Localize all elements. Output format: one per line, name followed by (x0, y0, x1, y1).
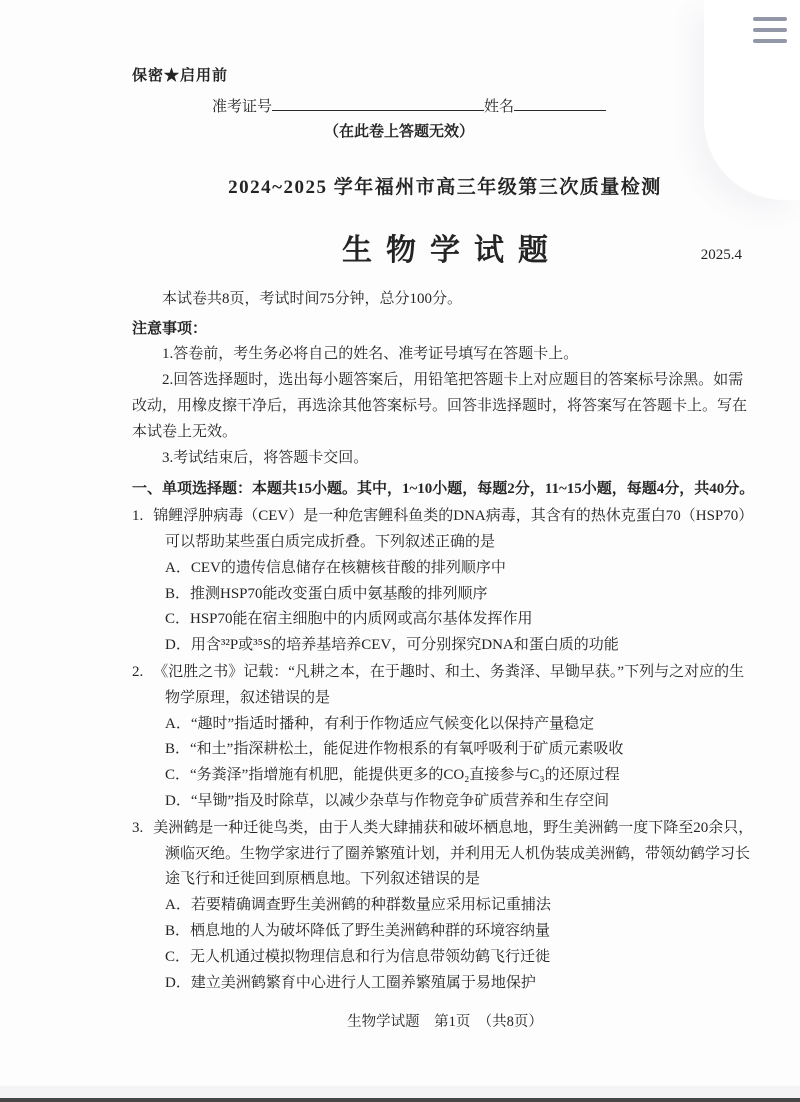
option-b: B．栖息地的人为破坏降低了野生美洲鹤种群的环境容纳量 (132, 919, 758, 945)
option-a: A．CEV的遗传信息储存在核糖核苷酸的排列顺序中 (132, 556, 758, 582)
security-label: 保密★启用前 (132, 64, 758, 90)
bottom-strip (0, 1086, 800, 1098)
paper-info: 本试卷共8页，考试时间75分钟，总分100分。 (132, 287, 758, 313)
question-1: 1.锦鲤浮肿病毒（CEV）是一种危害鲤科鱼类的DNA病毒，其含有的热休克蛋白70… (132, 504, 758, 659)
page-footer: 生物学试题 第1页 （共8页） (132, 1010, 758, 1035)
exam-no-blank (272, 94, 484, 111)
question-stem: 1.锦鲤浮肿病毒（CEV）是一种危害鲤科鱼类的DNA病毒，其含有的热休克蛋白70… (132, 504, 758, 556)
option-c: C．无人机通过模拟物理信息和行为信息带领幼鹤飞行迁徙 (132, 945, 758, 971)
question-number: 1. (132, 508, 143, 524)
notes-heading: 注意事项： (132, 317, 758, 343)
hamburger-bar (753, 17, 787, 21)
name-blank (514, 94, 606, 111)
option-c: C．“务粪泽”指增施有机肥，能提供更多的CO₂直接参与C₃的还原过程 (132, 763, 758, 789)
bottom-bar (0, 1098, 800, 1102)
section-header: 一、单项选择题：本题共15小题。其中，1~10小题，每题2分，11~15小题，每… (132, 477, 758, 503)
option-c: C．HSP70能在宿主细胞中的内质网或高尔基体发挥作用 (132, 607, 758, 633)
note-item: 3.考试结束后，将答题卡交回。 (132, 446, 758, 472)
question-text: 锦鲤浮肿病毒（CEV）是一种危害鲤科鱼类的DNA病毒，其含有的热休克蛋白70（H… (153, 508, 753, 550)
question-stem: 2.《氾胜之书》记载：“凡耕之本，在于趣时、和土、务粪泽、早锄早获。”下列与之对… (132, 660, 758, 712)
option-a: A．“趣时”指适时播种，有利于作物适应气候变化以保持产量稳定 (132, 712, 758, 738)
session-title: 2024~2025 学年福州市高三年级第三次质量检测 (132, 172, 758, 205)
exam-paper-page: 保密★启用前 准考证号姓名 （在此卷上答题无效） 2024~2025 学年福州市… (0, 0, 800, 1102)
question-stem: 3.美洲鹤是一种迁徙鸟类，由于人类大肆捕获和破坏栖息地，野生美洲鹤一度下降至20… (132, 816, 758, 893)
invalid-notice: （在此卷上答题无效） (86, 120, 712, 146)
note-item: 1.答卷前，考生务必将自己的姓名、准考证号填写在答题卡上。 (132, 342, 758, 368)
option-a: A．若要精确调查野生美洲鹤的种群数量应采用标记重捕法 (132, 893, 758, 919)
page-title: 生物学试题 (328, 234, 562, 267)
option-b: B．“和土”指深耕松土，能促进作物根系的有氧呼吸利于矿质元素吸收 (132, 737, 758, 763)
option-b: B．推测HSP70能改变蛋白质中氨基酸的排列顺序 (132, 582, 758, 608)
question-text: 《氾胜之书》记载：“凡耕之本，在于趣时、和土、务粪泽、早锄早获。”下列与之对应的… (153, 664, 744, 706)
option-d: D．用含³²P或³⁵S的培养基培养CEV，可分别探究DNA和蛋白质的功能 (132, 633, 758, 659)
question-2: 2.《氾胜之书》记载：“凡耕之本，在于趣时、和土、务粪泽、早锄早获。”下列与之对… (132, 660, 758, 815)
question-text: 美洲鹤是一种迁徙鸟类，由于人类大肆捕获和破坏栖息地，野生美洲鹤一度下降至20余只… (153, 820, 753, 888)
question-number: 3. (132, 820, 143, 836)
exam-no-label: 准考证号 (212, 99, 272, 115)
exam-date: 2025.4 (701, 243, 742, 269)
option-d: D．建立美洲鹤繁育中心进行人工圈养繁殖属于易地保护 (132, 971, 758, 997)
hamburger-bar (753, 28, 787, 32)
candidate-info-row: 准考证号姓名 (212, 94, 758, 121)
hamburger-menu-icon[interactable] (753, 13, 787, 47)
hamburger-bar (753, 39, 787, 43)
note-item: 2.回答选择题时，选出每小题答案后，用铅笔把答题卡上对应题目的答案标号涂黑。如需… (132, 368, 758, 445)
title-row: 生物学试题 2025.4 (132, 225, 758, 273)
question-3: 3.美洲鹤是一种迁徙鸟类，由于人类大肆捕获和破坏栖息地，野生美洲鹤一度下降至20… (132, 816, 758, 997)
question-number: 2. (132, 664, 143, 680)
name-label: 姓名 (484, 99, 514, 115)
option-d: D．“早锄”指及时除草，以减少杂草与作物竞争矿质营养和生存空间 (132, 789, 758, 815)
